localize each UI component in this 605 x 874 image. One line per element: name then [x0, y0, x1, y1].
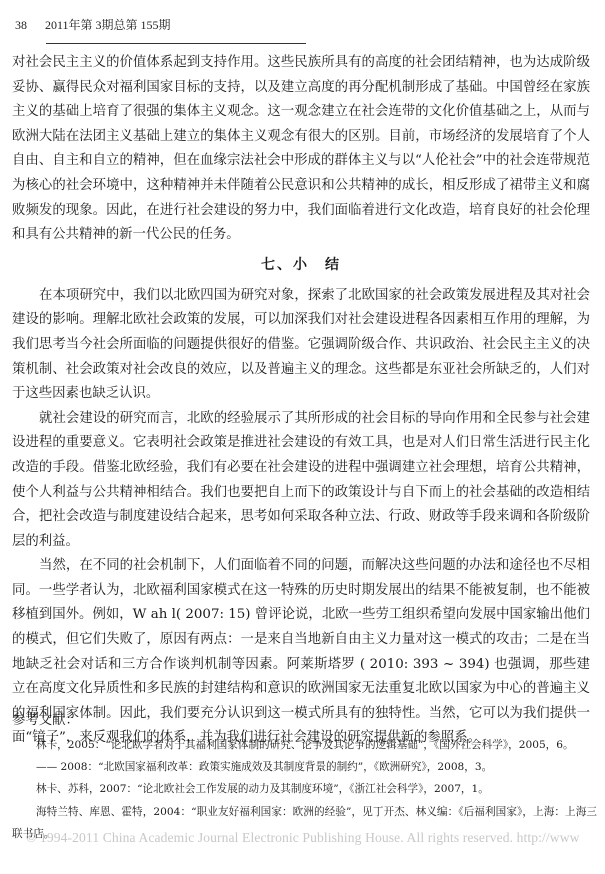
references-title: 参考文献： [12, 710, 597, 732]
page-number: 38 [15, 18, 27, 33]
article-body: 对社会民主主义的价值体系起到支持作用。这些民族所具有的高度的社会团结精神，也为达… [12, 51, 590, 751]
reference-item: —— 2008：“北欧国家福利改革：政策实施成效及其制度背景的制约”，《欧洲研究… [12, 756, 597, 778]
running-header: 38 2011年第 3期总第 155期 [15, 16, 171, 36]
references-section: 参考文献： 林卡，2005：“论北欧学者对于其福利国家体制的研究、论争及其论争的… [12, 710, 597, 845]
issue-info: 2011年第 3期总第 155期 [45, 16, 171, 33]
body-paragraph: 对社会民主主义的价值体系起到支持作用。这些民族所具有的高度的社会团结精神，也为达… [12, 51, 590, 248]
header-rule [46, 43, 306, 44]
section-title: 七、小 结 [12, 252, 590, 278]
copyright-watermark: © 1994-2011 China Academic Journal Elect… [26, 830, 580, 846]
body-paragraph: 在本项研究中，我们以北欧四国为研究对象，探索了北欧国家的社会政策发展进程及其对社… [12, 284, 590, 407]
body-paragraph: 就社会建设的研究而言，北欧的经验展示了其所形成的社会目标的导向作用和全民参与社会… [12, 407, 590, 555]
reference-item: 林卡，2005：“论北欧学者对于其福利国家体制的研究、论争及其论争的逻辑基础”，… [12, 734, 597, 756]
reference-item: 林卡、苏科，2007：“论北欧社会工作发展的动力及其制度环境”，《浙江社会科学》… [12, 778, 597, 800]
